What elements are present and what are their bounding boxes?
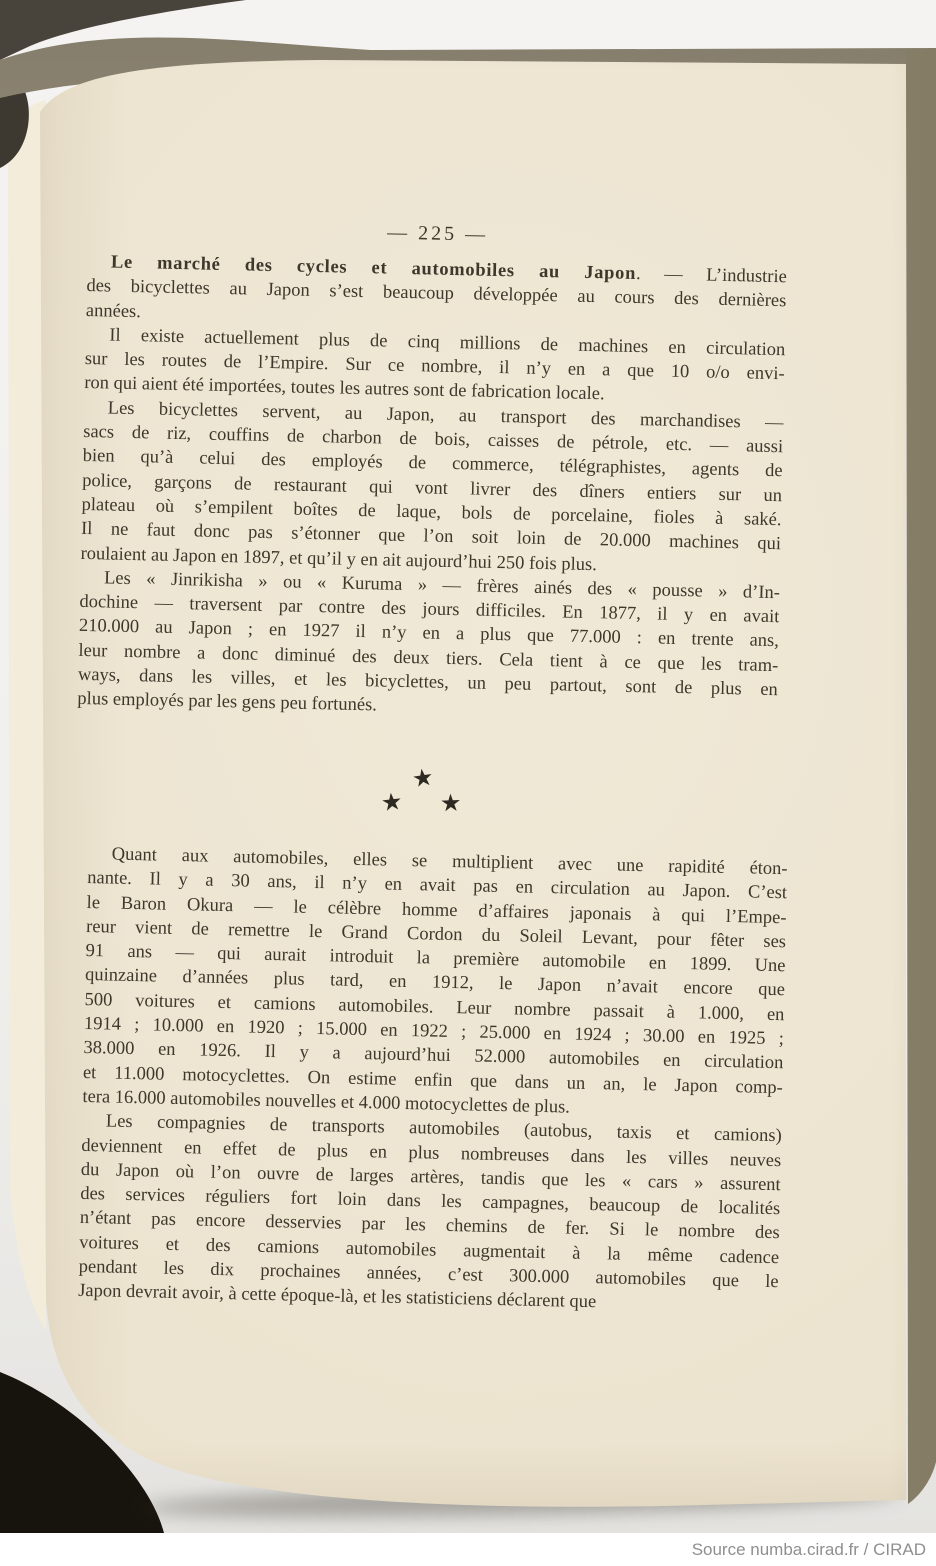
paragraph: Les bicyclettes servent, au Japon, au tr… — [80, 396, 784, 581]
section-1: Le marché des cycles et automobiles au J… — [77, 250, 787, 727]
footer-bar: Source numba.cirad.fr / CIRAD — [0, 1533, 936, 1566]
paragraph: Quant aux automobiles, elles se multipli… — [82, 842, 788, 1124]
section-2: Quant aux automobiles, elles se multipli… — [78, 842, 788, 1319]
paragraph: Les compagnies de transports automobiles… — [78, 1109, 782, 1319]
paragraph: Les « Jinrikisha » ou « Kuruma » — frère… — [77, 566, 780, 727]
text-column-2: Quant aux automobiles, elles se multipli… — [78, 842, 788, 1319]
source-attribution: Source numba.cirad.fr / CIRAD — [692, 1540, 926, 1560]
text-column-1: — 225 — Le marché des cycles et automobi… — [77, 214, 788, 727]
star-ornament: ★ — [410, 765, 435, 792]
star-ornament: ★ — [380, 789, 404, 815]
star-ornament: ★ — [440, 791, 462, 816]
